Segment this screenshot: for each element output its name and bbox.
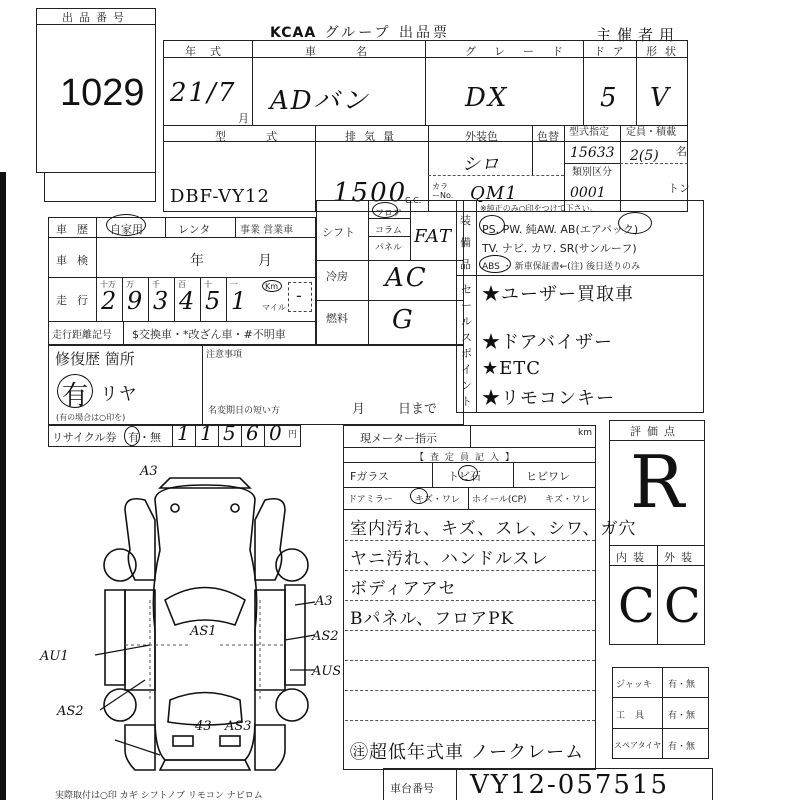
recycle-digit: 0	[264, 425, 287, 447]
mileage-code-options: $交換車・*改ざん車・#不明車	[132, 326, 286, 342]
bottom-note: ㊟超低年式車 ノークレーム	[350, 738, 584, 764]
usage-label: 車歴	[56, 221, 98, 237]
type-designation-value: 15633	[570, 145, 615, 161]
meter-label: 現メーター指示	[360, 430, 437, 446]
odometer-digit: 一1	[226, 277, 252, 321]
svg-text:AU1: AU1	[39, 649, 69, 664]
shift-value: FAT	[414, 226, 452, 247]
svg-text:AS3: AS3	[224, 719, 252, 734]
usage-option-rental[interactable]: レンタ	[178, 221, 210, 237]
lot-label: 出品番号	[62, 9, 130, 25]
sales-point-3: ★ETC	[482, 358, 541, 379]
svg-text:A3: A3	[139, 464, 158, 479]
ac-value: AC	[385, 263, 428, 293]
svg-text:43: 43	[194, 719, 212, 734]
color-value: シロ	[462, 150, 500, 176]
usage-selected-mark	[106, 214, 146, 236]
recycle-label: リサイクル券	[52, 429, 116, 445]
equipment-note: ※純正のみ○印をつけて下さい。	[480, 203, 598, 214]
odometer-digit: 十5	[200, 277, 226, 321]
scan-edge	[0, 172, 6, 800]
exterior-grade: C	[664, 578, 701, 634]
shift-option-column[interactable]: コラム	[375, 223, 402, 236]
type-designation-label: 型式指定	[569, 123, 609, 138]
capacity-label: 定員・積載	[626, 123, 676, 138]
odometer-digit: 百4	[174, 277, 200, 321]
year-value: 21/7	[170, 78, 236, 108]
interior-grade: C	[618, 578, 655, 634]
recycle-digit: 1	[172, 425, 195, 447]
shape-label: 形状	[646, 43, 684, 59]
category-value: 0001	[570, 185, 606, 201]
rating-value: R	[630, 440, 684, 524]
year-label: 年式	[185, 43, 235, 59]
color-label: 外装色	[465, 128, 498, 144]
svg-text:AS1: AS1	[189, 624, 217, 639]
chassis-value: VY12-057515	[470, 770, 669, 800]
model-value: DBF-VY12	[170, 186, 270, 207]
car-name-value: ADバン	[270, 80, 370, 117]
equipment-line-2: TV. ナビ. カワ. SR(サンルーフ)	[482, 240, 637, 256]
inspector-note: ヤニ汚れ、ハンドルスレ	[350, 544, 549, 569]
mileage-unit-mile[interactable]: マイル	[262, 302, 286, 313]
grade-value: DX	[465, 83, 508, 113]
fuel-value: G	[392, 305, 415, 335]
equipment-line-1: PS. PW. 純AW. AB(エアバック)	[482, 221, 638, 237]
repair-location: リヤ	[100, 380, 138, 406]
svg-text:AS2: AS2	[56, 704, 84, 719]
inspection-label: 車検	[56, 252, 98, 268]
inspector-note: Bパネル、フロアPK	[350, 604, 514, 629]
grade-label: グレード	[465, 43, 581, 59]
svg-text:A3: A3	[314, 594, 333, 609]
capacity-value: 2(5)	[630, 148, 659, 164]
model-label: 型式	[215, 128, 317, 144]
category-label: 類別区分	[572, 163, 612, 178]
mileage-label: 走行	[56, 292, 98, 308]
odometer-digit: 万9	[122, 277, 148, 321]
svg-text:AS2: AS2	[311, 629, 339, 644]
caution-label: 注意事項	[206, 347, 242, 360]
svg-text:AUS: AUS	[311, 664, 340, 679]
usage-option-commercial[interactable]: 事業 営業車	[240, 221, 293, 236]
rating-label: 評価点	[630, 423, 681, 439]
doors-value: 5	[600, 83, 619, 113]
damage-diagram: A3 A3 AS1 AS2 AU1 AUS AS2 43 AS3	[30, 460, 340, 790]
brand-logo: KCAA	[270, 25, 316, 41]
chassis-label: 車台番号	[390, 780, 434, 796]
shape-value: V	[650, 83, 671, 113]
equipment-label: 装備品	[460, 210, 474, 276]
odometer-digit: 十万2	[96, 277, 122, 321]
color-change-label: 色替	[537, 128, 559, 144]
displacement-label: 排気量	[345, 128, 402, 144]
form-title: グループ 出品票	[325, 25, 450, 41]
header: KCAA グループ 出品票	[270, 22, 450, 42]
repair-label: 修復歴 箇所	[55, 348, 135, 369]
odometer-digit: 千3	[148, 277, 174, 321]
shift-label: シフト	[322, 224, 355, 240]
ac-label: 冷房	[326, 268, 348, 284]
sales-point-2: ★ドアバイザー	[482, 328, 613, 354]
transfer-deadline-label: 名変期日の短い方	[208, 403, 280, 416]
inspector-note: ボディアアセ	[350, 574, 456, 599]
color-no-label: カラーNo.	[432, 182, 454, 200]
lot-number: 1029	[60, 72, 145, 115]
car-name-label: 車名	[305, 43, 407, 59]
inspector-title: 【査定員記入】	[415, 450, 520, 463]
recycle-digit: 1	[195, 425, 218, 447]
inspector-note: 室内汚れ、キズ、スレ、シワ、ガ穴	[350, 514, 636, 539]
recycle-digit: 5	[218, 425, 241, 447]
repair-note: (有の場合は○印を)	[56, 412, 125, 423]
doors-label: ドア	[594, 43, 632, 59]
recycle-digit: 6	[241, 425, 264, 447]
sales-point-1: ★ユーザー買取車	[482, 280, 634, 306]
fuel-label: 燃料	[326, 310, 348, 326]
shift-option-panel[interactable]: パネル	[375, 240, 402, 253]
sales-point-4: ★リモコンキー	[482, 384, 615, 410]
mileage-code-label: 走行距離記号	[52, 326, 112, 341]
